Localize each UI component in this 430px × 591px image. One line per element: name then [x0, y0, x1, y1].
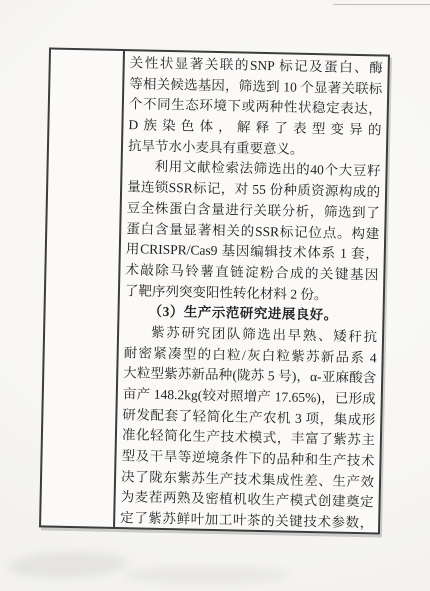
- text-line: 定了紫苏鲜叶加工叶茶的关键技术参数，优化建立了: [120, 508, 373, 532]
- table-content-cell: 关性状显著关联的SNP 标记及蛋白、酶类、转录因子 等相关候选基因，筛选到 10…: [115, 51, 388, 532]
- table-label-cell: [41, 50, 125, 527]
- scan-artifact-line: [333, 4, 430, 5]
- scan-smudge: [8, 550, 129, 580]
- scan-smudge: [125, 566, 290, 584]
- report-table: 关性状显著关联的SNP 标记及蛋白、酶类、转录因子 等相关候选基因，筛选到 10…: [39, 47, 390, 534]
